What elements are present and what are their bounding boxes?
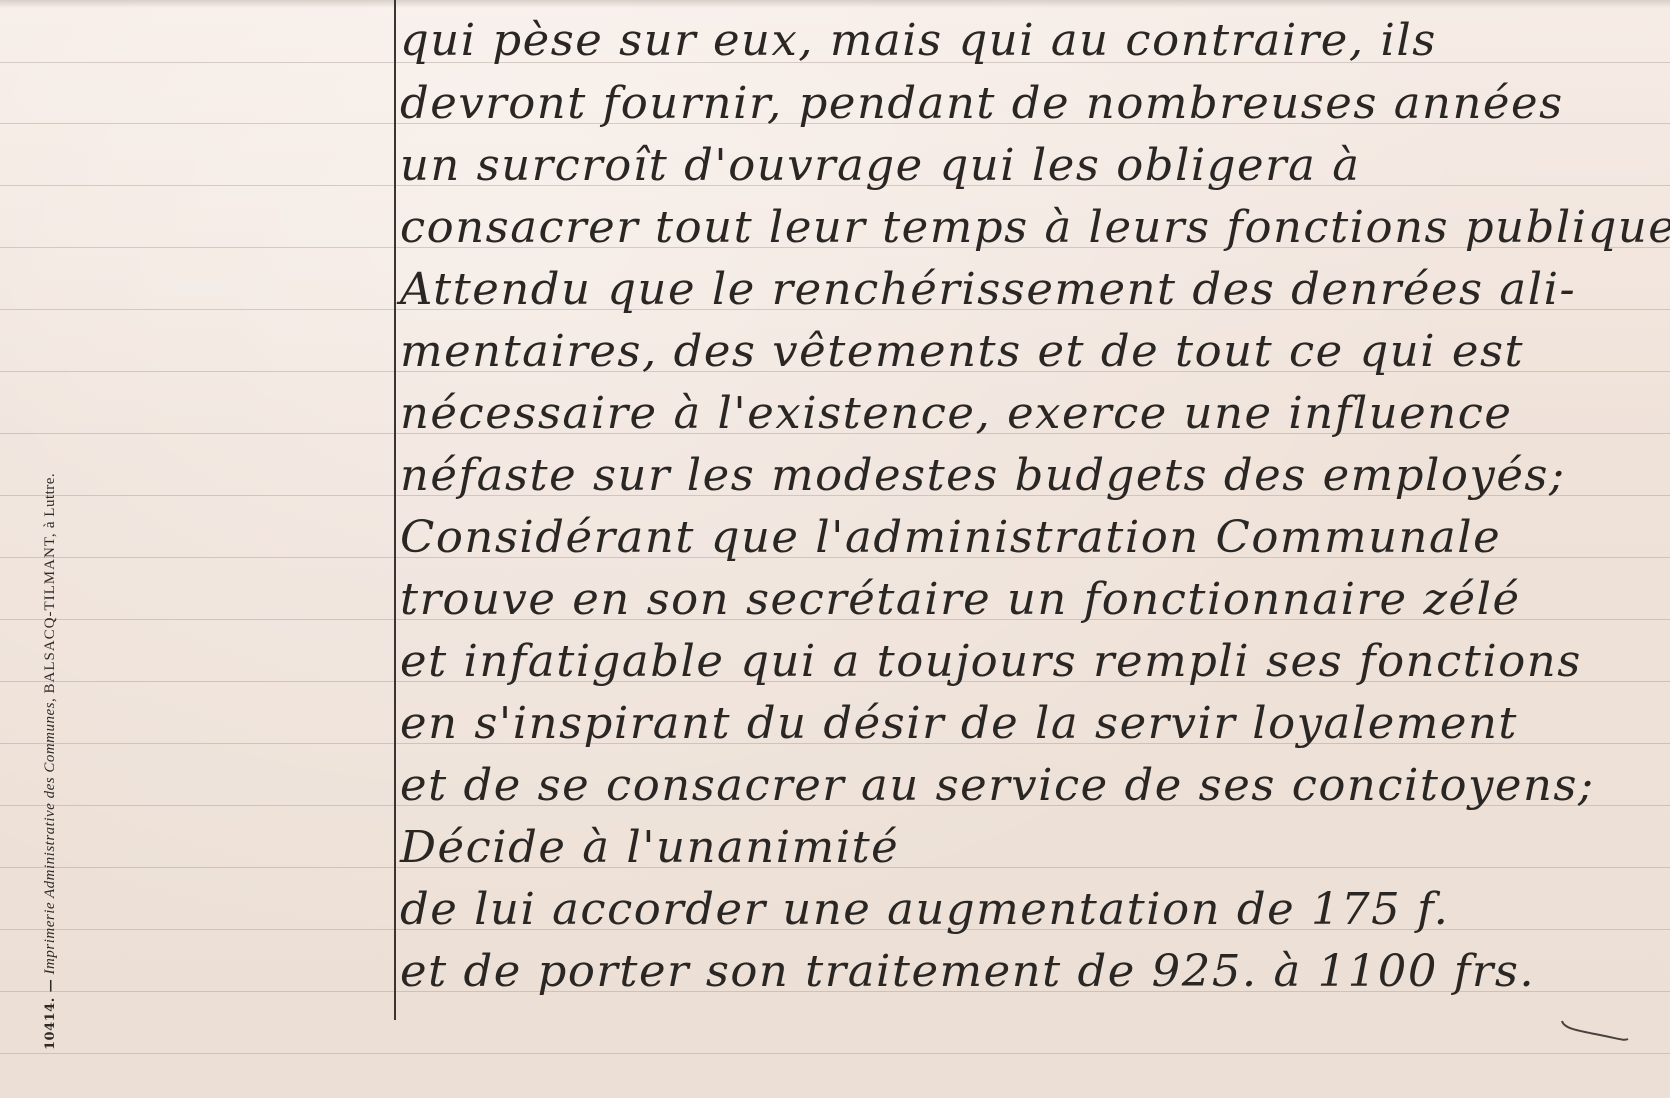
text-line: en s'inspirant du désir de la servir loy…: [400, 698, 1518, 749]
text-line: Considérant que l'administration Communa…: [400, 512, 1501, 563]
printer-label: Imprimerie Administrative des Communes,: [42, 698, 58, 975]
text-line: mentaires, des vêtements et de tout ce q…: [400, 326, 1524, 377]
text-line: qui pèse sur eux, mais qui au contraire,…: [400, 15, 1437, 66]
form-number: 10414. —: [43, 979, 58, 1050]
printer-location: à Luttre.: [42, 473, 58, 528]
text-line: devront fournir, pendant de nombreuses a…: [400, 78, 1564, 129]
text-line: et infatigable qui a toujours rempli ses…: [400, 636, 1582, 687]
text-line: et de se consacrer au service de ses con…: [400, 760, 1595, 811]
printer-imprint: 10414. — Imprimerie Administrative des C…: [42, 473, 59, 1050]
text-line: et de porter son traitement de 925. à 11…: [400, 946, 1535, 997]
printer-name: BALSACQ-TILMANT,: [42, 532, 58, 693]
text-line: Attendu que le renchérissement des denré…: [400, 264, 1576, 315]
text-line: nécessaire à l'existence, exerce une inf…: [400, 388, 1512, 439]
text-line: de lui accorder une augmentation de 175 …: [400, 884, 1449, 935]
text-line: un surcroît d'ouvrage qui les obligera à: [400, 140, 1360, 191]
text-line: trouve en son secrétaire un fonctionnair…: [400, 574, 1521, 625]
closing-flourish: [1560, 1015, 1630, 1045]
text-line: néfaste sur les modestes budgets des emp…: [400, 450, 1566, 501]
text-line: Décide à l'unanimité: [400, 822, 899, 873]
margin-line: [394, 0, 396, 1020]
text-line: consacrer tout leur temps à leurs foncti…: [400, 202, 1670, 253]
